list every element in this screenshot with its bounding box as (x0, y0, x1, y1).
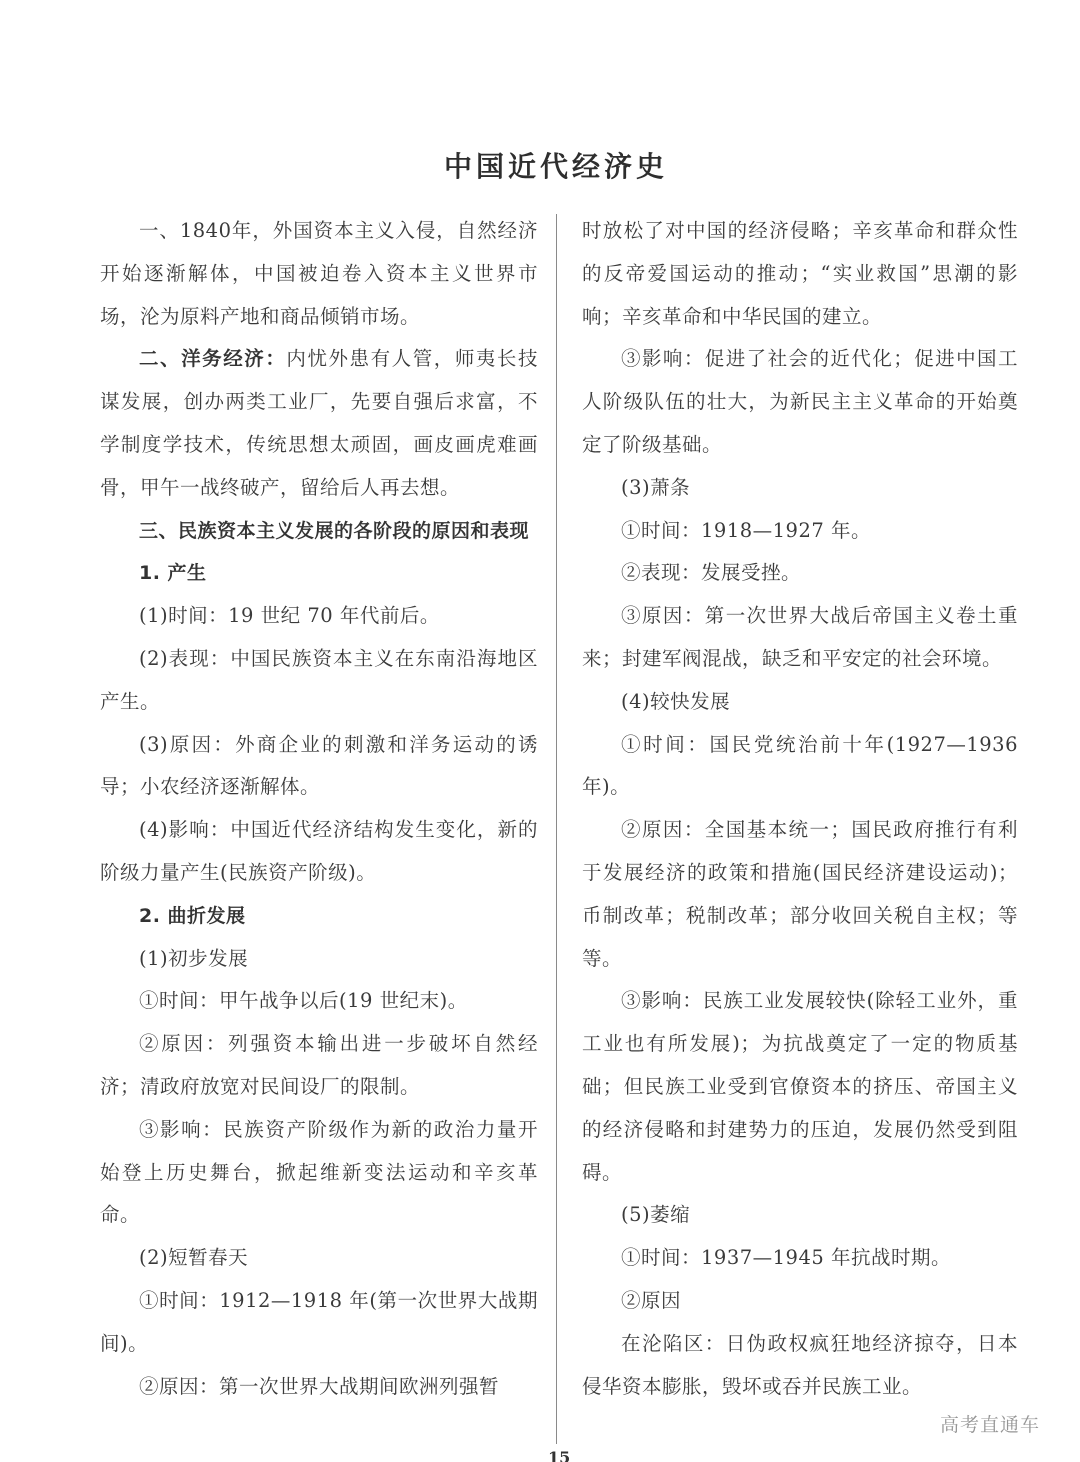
paragraph-depression-manifestation: ②表现：发展受挫。 (582, 552, 1018, 595)
watermark: 高考直通车 (940, 1410, 1040, 1437)
subheading-emergence: 1. 产生 (100, 552, 538, 595)
page-title: 中国近代经济史 (0, 145, 1080, 185)
page-number: 15 (548, 1448, 570, 1462)
paragraph-spring-time: ①时间：1912—1918 年(第一次世界大战期间)。 (100, 1280, 538, 1366)
paragraph-rapid-development: (4)较快发展 (582, 681, 1018, 724)
paragraph-shrinkage-cause: ②原因 (582, 1280, 1018, 1323)
right-column: 时放松了对中国的经济侵略；辛亥革命和群众性的反帝爱国运动的推动；“实业救国”思潮… (582, 210, 1018, 1408)
paragraph-occupied-areas: 在沦陷区：日伪政权疯狂地经济掠夺，日本侵华资本膨胀，毁坏或吞并民族工业。 (582, 1323, 1018, 1409)
paragraph-depression-time: ①时间：1918—1927 年。 (582, 510, 1018, 553)
paragraph-emergence-time: (1)时间：19 世纪 70 年代前后。 (100, 595, 538, 638)
paragraph-shrinkage-time: ①时间：1937—1945 年抗战时期。 (582, 1237, 1018, 1280)
paragraph-spring-impact: ③影响：促进了社会的近代化；促进中国工人阶级队伍的壮大，为新民主主义革命的开始奠… (582, 338, 1018, 466)
paragraph-westernization-economy: 二、洋务经济：内忧外患有人管，师夷长技谋发展，创办两类工业厂，先要自强后求富，不… (100, 338, 538, 509)
left-column: 一、1840年，外国资本主义入侵，自然经济开始逐渐解体，中国被迫卷入资本主义世界… (100, 210, 538, 1408)
paragraph-initial-cause: ②原因：列强资本输出进一步破坏自然经济；清政府放宽对民间设厂的限制。 (100, 1023, 538, 1109)
paragraph-short-spring: (2)短暂春天 (100, 1237, 538, 1280)
paragraph-emergence-cause: (3)原因：外商企业的刺激和洋务运动的诱导；小农经济逐渐解体。 (100, 724, 538, 810)
paragraph-initial-impact: ③影响：民族资产阶级作为新的政治力量开始登上历史舞台，掀起维新变法运动和辛亥革命… (100, 1109, 538, 1237)
paragraph-initial-time: ①时间：甲午战争以后(19 世纪末)。 (100, 980, 538, 1023)
paragraph-shrinkage: (5)萎缩 (582, 1194, 1018, 1237)
section-heading-westernization: 二、洋务经济： (139, 347, 286, 370)
paragraph-spring-cause: ②原因：第一次世界大战期间欧洲列强暂 (100, 1366, 538, 1409)
paragraph-initial-development: (1)初步发展 (100, 938, 538, 981)
paragraph-rapid-impact: ③影响：民族工业发展较快(除轻工业外，重工业也有所发展)；为抗战奠定了一定的物质… (582, 980, 1018, 1194)
paragraph-rapid-time: ①时间：国民党统治前十年(1927—1936 年)。 (582, 724, 1018, 810)
paragraph-emergence-manifestation: (2)表现：中国民族资本主义在东南沿海地区产生。 (100, 638, 538, 724)
subheading-tortuous-development: 2. 曲折发展 (100, 895, 538, 938)
paragraph-foreign-invasion: 一、1840年，外国资本主义入侵，自然经济开始逐渐解体，中国被迫卷入资本主义世界… (100, 210, 538, 338)
paragraph-rapid-cause: ②原因：全国基本统一；国民政府推行有利于发展经济的政策和措施(国民经济建设运动)… (582, 809, 1018, 980)
column-divider (556, 214, 557, 1444)
paragraph-spring-cause-cont: 时放松了对中国的经济侵略；辛亥革命和群众性的反帝爱国运动的推动；“实业救国”思潮… (582, 210, 1018, 338)
section-heading-national-capitalism: 三、民族资本主义发展的各阶段的原因和表现 (100, 510, 538, 553)
paragraph-depression: (3)萧条 (582, 467, 1018, 510)
paragraph-depression-cause: ③原因：第一次世界大战后帝国主义卷土重来；封建军阀混战，缺乏和平安定的社会环境。 (582, 595, 1018, 681)
paragraph-emergence-impact: (4)影响：中国近代经济结构发生变化，新的阶级力量产生(民族资产阶级)。 (100, 809, 538, 895)
